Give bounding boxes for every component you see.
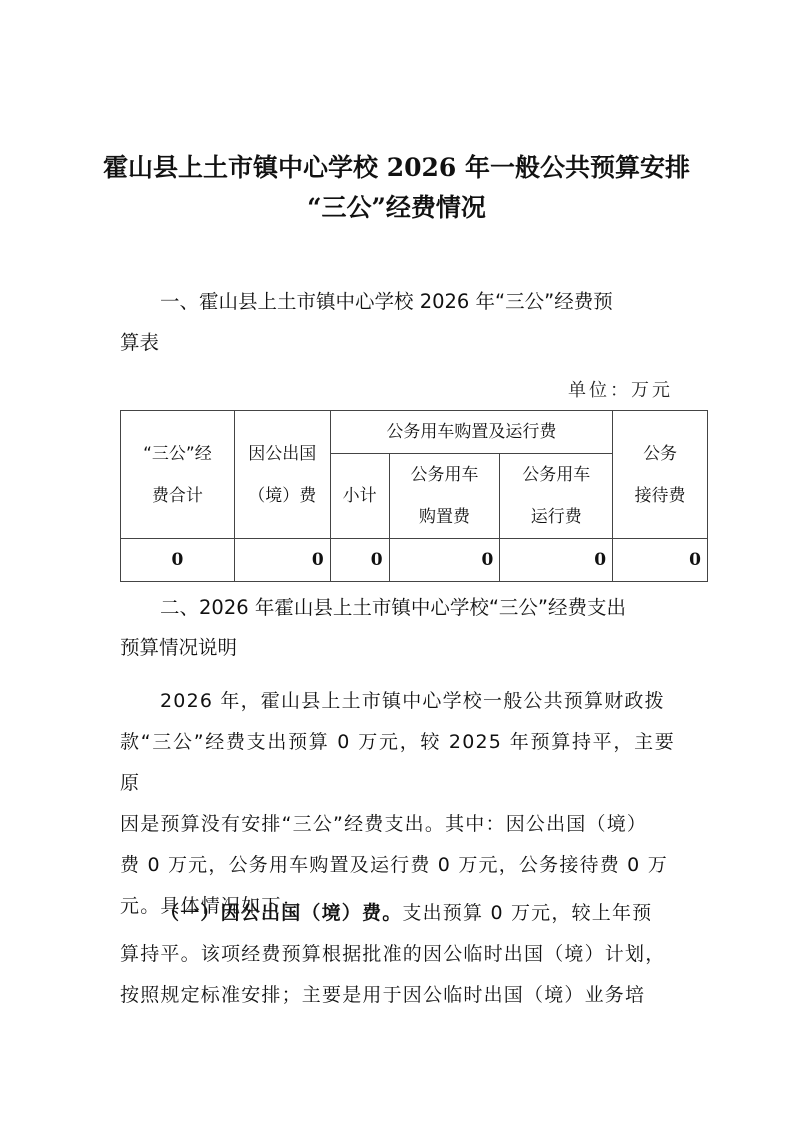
paragraph-overseas-line-1: （一）因公出国（境）费。支出预算 0 万元，较上年预: [120, 893, 675, 934]
cell-total: 0: [121, 539, 235, 582]
document-title-line-1: 霍山县上土市镇中心学校 2026 年一般公共预算安排: [0, 148, 793, 184]
cell-overseas: 0: [234, 539, 330, 582]
overseas-subheading: （一）因公出国（境）费。: [160, 902, 402, 924]
header-overseas-line-1: 因公出国: [235, 433, 330, 475]
header-vehicle-operation: 公务用车 运行费: [500, 454, 613, 539]
cell-vehicle-operation: 0: [500, 539, 613, 582]
cell-vehicle-purchase: 0: [389, 539, 500, 582]
header-vehicle-operation-line-1: 公务用车: [500, 454, 612, 496]
header-vehicle-operation-line-2: 运行费: [500, 496, 612, 538]
overseas-line-1-text: 支出预算 0 万元，较上年预: [402, 902, 652, 924]
paragraph-summary-line-4: 费 0 万元，公务用车购置及运行费 0 万元，公务接待费 0 万: [120, 845, 675, 886]
paragraph-summary-line-3: 因是预算没有安排“三公”经费支出。其中：因公出国（境）: [120, 804, 675, 845]
header-subtotal: 小计: [330, 454, 389, 539]
section-1-heading-line-1: 一、霍山县上土市镇中心学校 2026 年“三公”经费预: [160, 286, 613, 314]
header-total-line-1: “三公”经: [121, 433, 234, 475]
header-overseas-line-2: （境）费: [235, 475, 330, 517]
section-1-heading-line-2: 算表: [120, 327, 159, 355]
paragraph-overseas: （一）因公出国（境）费。支出预算 0 万元，较上年预 算持平。该项经费预算根据批…: [120, 893, 675, 1016]
table-row: 0 0 0 0 0 0: [121, 539, 708, 582]
header-total: “三公”经 费合计: [121, 411, 235, 539]
header-vehicle-purchase-line-1: 公务用车: [390, 454, 500, 496]
paragraph-summary-line-1: 2026 年，霍山县上土市镇中心学校一般公共预算财政拨: [120, 681, 675, 722]
header-reception-line-1: 公务: [613, 433, 707, 475]
cell-subtotal: 0: [330, 539, 389, 582]
unit-label: 单位：万元: [568, 376, 673, 402]
paragraph-summary-line-2: 款“三公”经费支出预算 0 万元，较 2025 年预算持平，主要原: [120, 722, 675, 804]
paragraph-overseas-line-3: 按照规定标准安排；主要是用于因公临时出国（境）业务培: [120, 975, 675, 1016]
header-overseas: 因公出国 （境）费: [234, 411, 330, 539]
header-vehicle-group: 公务用车购置及运行费: [330, 411, 612, 454]
section-2-heading-line-1: 二、2026 年霍山县上土市镇中心学校“三公”经费支出: [160, 592, 626, 620]
header-total-line-2: 费合计: [121, 475, 234, 517]
paragraph-summary: 2026 年，霍山县上土市镇中心学校一般公共预算财政拨 款“三公”经费支出预算 …: [120, 681, 675, 927]
document-title-line-2: “三公”经费情况: [0, 188, 793, 224]
paragraph-overseas-line-2: 算持平。该项经费预算根据批准的因公临时出国（境）计划，: [120, 934, 675, 975]
section-2-heading-line-2: 预算情况说明: [120, 632, 237, 660]
header-reception-line-2: 接待费: [613, 475, 707, 517]
header-vehicle-purchase: 公务用车 购置费: [389, 454, 500, 539]
header-vehicle-purchase-line-2: 购置费: [390, 496, 500, 538]
cell-reception: 0: [613, 539, 708, 582]
three-public-expenses-table: “三公”经 费合计 因公出国 （境）费 公务用车购置及运行费 公务 接待费 小计…: [120, 410, 708, 582]
header-reception: 公务 接待费: [613, 411, 708, 539]
